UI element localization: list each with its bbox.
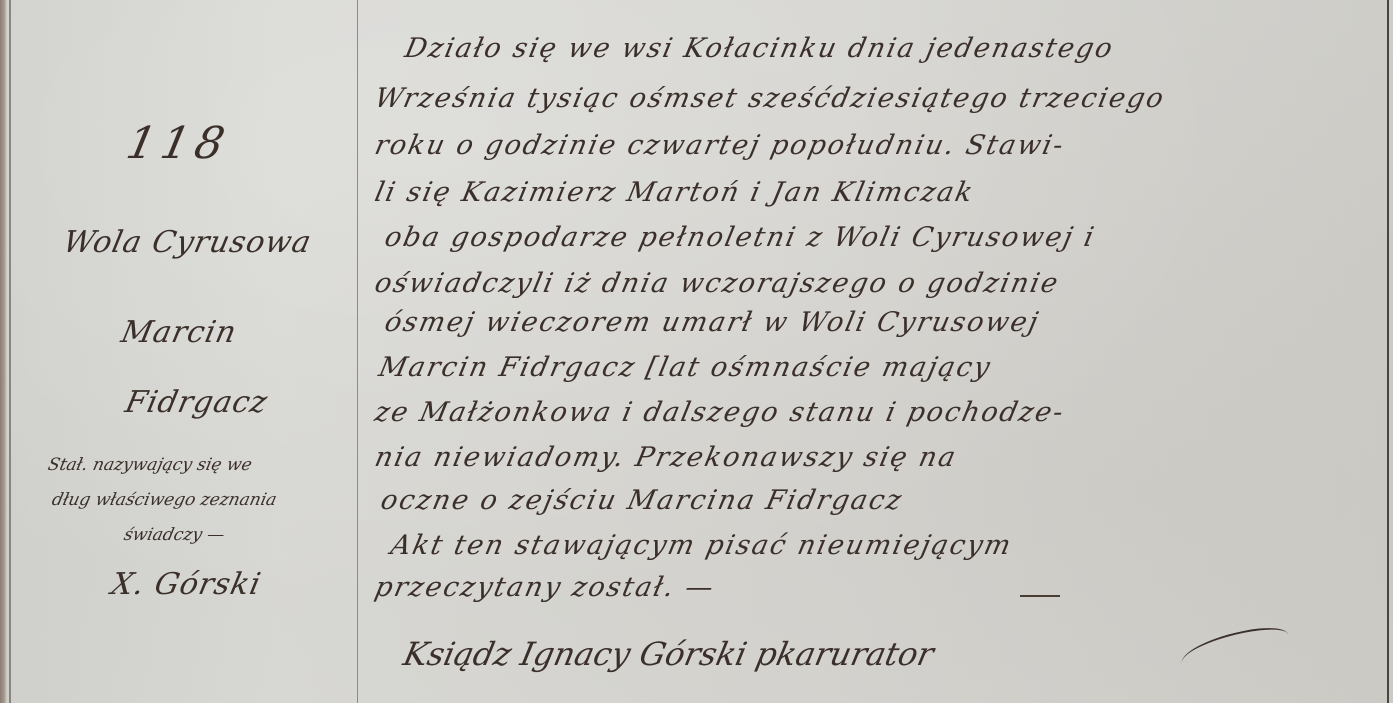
body-line-3: roku o godzinie czwartej popołudniu. Sta… (372, 130, 1068, 161)
body-line-8: Marcin Fidrgacz [lat ośmnaście mający (376, 352, 994, 383)
body-line-11: oczne o zejściu Marcina Fidrgacz (378, 485, 906, 516)
margin-note-line-2: dług właściwego zeznania (50, 490, 278, 510)
margin-deceased-surname: Fidrgacz (122, 385, 271, 420)
margin-note-line-1: Stał. nazywający się we (46, 455, 254, 475)
body-line-10: nia niewiadomy. Przekonawszy się na (372, 442, 960, 473)
margin-note-line-3: świadczy — (122, 525, 226, 545)
right-border-line (1387, 0, 1389, 703)
body-line-1: Działo się we wsi Kołacinku dnia jedenas… (402, 33, 1117, 64)
priest-signature: Ksiądz Ignacy Górski pkarurator (400, 635, 937, 673)
closing-dash (1020, 595, 1060, 597)
body-line-5: oba gospodarze pełnoletni z Woli Cyrusow… (382, 222, 1098, 253)
margin-note-signature: X. Górski (108, 567, 264, 602)
body-line-9: ze Małżonkowa i dalszego stanu i pochodz… (372, 397, 1068, 428)
book-binding-edge (0, 0, 7, 703)
margin-rule-line (357, 0, 358, 703)
body-line-4: li się Kazimierz Martoń i Jan Klimczak (372, 177, 977, 208)
signature-flourish (1178, 622, 1292, 676)
margin-village: Wola Cyrusowa (60, 225, 315, 260)
page-border-line (9, 0, 11, 703)
document-page: 118 Wola Cyrusowa Marcin Fidrgacz Stał. … (0, 0, 1393, 703)
body-line-13: przeczytany został. — (372, 572, 718, 603)
body-line-6: oświadczyli iż dnia wczorajszego o godzi… (372, 268, 1063, 299)
entry-number: 118 (122, 118, 235, 169)
body-line-2: Września tysiąc ośmset sześćdziesiątego … (372, 83, 1168, 114)
margin-deceased-first-name: Marcin (118, 315, 240, 350)
body-line-12: Akt ten stawającym pisać nieumiejącym (388, 530, 1015, 561)
body-line-7: ósmej wieczorem umarł w Woli Cyrusowej (382, 307, 1042, 338)
